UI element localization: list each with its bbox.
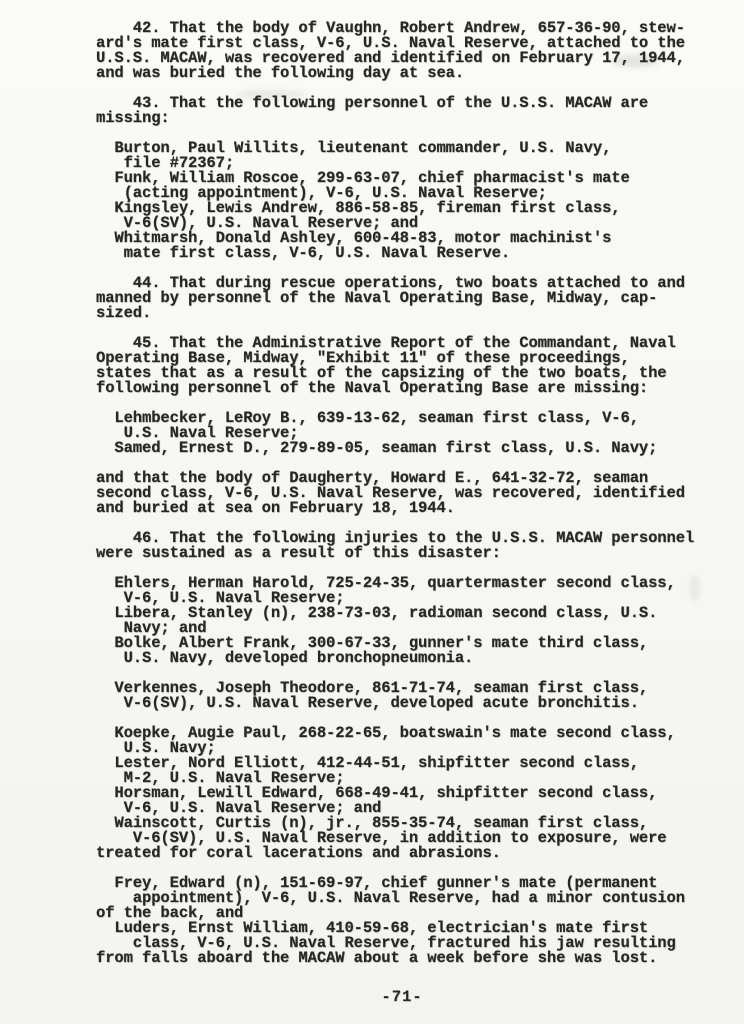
text-line: sized.	[96, 306, 708, 321]
text-line: and was buried the following day at sea.	[96, 66, 708, 81]
verkennes-item: Verkennes, Joseph Theodore, 861-71-74, s…	[96, 681, 708, 711]
text-line: missing:	[96, 111, 708, 126]
paragraph-42: 42. That the body of Vaughn, Robert Andr…	[96, 21, 708, 81]
list-item-line: mate first class, V-6, U.S. Naval Reserv…	[96, 246, 708, 261]
list-item-line: from falls aboard the MACAW about a week…	[96, 951, 708, 966]
missing-personnel-macaw-list: Burton, Paul Willits, lieutenant command…	[96, 141, 708, 261]
paragraph-43: 43. That the following personnel of the …	[96, 96, 708, 126]
missing-personnel-base-list: Lehmbecker, LeRoy B., 639-13-62, seaman …	[96, 411, 708, 456]
daugherty-paragraph: and that the body of Daugherty, Howard E…	[96, 471, 708, 516]
scanned-document-page: 42. That the body of Vaughn, Robert Andr…	[0, 0, 744, 1024]
list-item-line: treated for coral lacerations and abrasi…	[96, 846, 708, 861]
paragraph-46: 46. That the following injuries to the U…	[96, 531, 708, 561]
page-number: -71-	[96, 988, 708, 1006]
paragraph-44: 44. That during rescue operations, two b…	[96, 276, 708, 321]
exposure-list: Koepke, Augie Paul, 268-22-65, boatswain…	[96, 726, 708, 861]
text-line: and buried at sea on February 18, 1944.	[96, 501, 708, 516]
document-body: 42. That the body of Vaughn, Robert Andr…	[96, 21, 708, 1006]
text-line: following personnel of the Naval Operati…	[96, 381, 708, 396]
text-line: were sustained as a result of this disas…	[96, 546, 708, 561]
list-item-line: Samed, Ernest D., 279-89-05, seaman firs…	[96, 441, 708, 456]
paragraph-45: 45. That the Administrative Report of th…	[96, 336, 708, 396]
list-item-line: U.S. Navy, developed bronchopneumonia.	[96, 651, 708, 666]
text-line: manned by personnel of the Naval Operati…	[96, 291, 708, 306]
list-item-line: V-6(SV), U.S. Naval Reserve, developed a…	[96, 696, 708, 711]
frey-luders-list: Frey, Edward (n), 151-69-97, chief gunne…	[96, 876, 708, 966]
text-line: 43. That the following personnel of the …	[96, 96, 708, 111]
injuries-list: Ehlers, Herman Harold, 725-24-35, quarte…	[96, 576, 708, 666]
